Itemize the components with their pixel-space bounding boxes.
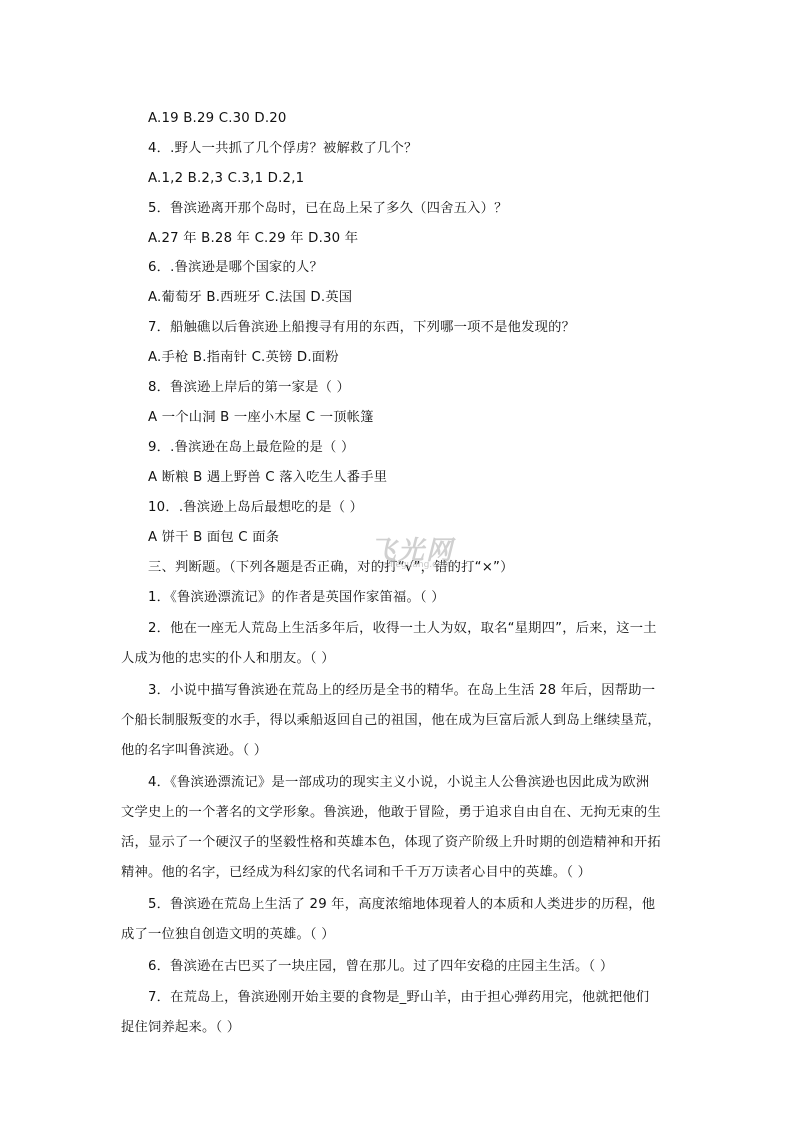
tf-item-4-cont-2: 活，显示了一个硬汉子的坚毅性格和英雄本色，体现了资产阶级上升时期的创造精神和开拓 (121, 835, 661, 851)
tf-item-4: 4．《鲁滨逊漂流记》是一部成功的现实主义小说，小说主人公鲁滨逊也因此成为欧洲 (148, 775, 649, 791)
tf-item-4-cont-3: 精神。他的名字，已经成为科幻家的代名词和千千万万读者心目中的英雄。（ ） (121, 865, 591, 881)
question-7: 7．船触礁以后鲁滨逊上船搜寻有用的东西，下列哪一项不是他发现的？ (148, 320, 575, 336)
question-6: 6．.鲁滨逊是哪个国家的人？ (148, 260, 323, 276)
q4-options: A.1,2 B.2,3 C.3,1 D.2,1 (148, 171, 304, 187)
question-9: 9．.鲁滨逊在岛上最危险的是（ ） (148, 440, 354, 456)
question-10: 10．.鲁滨逊上岛后最想吃的是（ ） (148, 500, 363, 516)
q10-options: A 饼干 B 面包 C 面条 (148, 530, 279, 546)
tf-item-1: 1．《鲁滨逊漂流记》的作者是英国作家笛福。（ ） (148, 590, 445, 606)
question-8: 8．鲁滨逊上岸后的第一家是（ ） (148, 380, 350, 396)
document-page: A.19 B.29 C.30 D.20 4．.野人一共抓了几个俘虏？被解救了几个… (0, 0, 793, 1122)
tf-item-7-cont: 捉住饲养起来。（ ） (121, 1020, 240, 1036)
tf-item-2-cont: 人成为他的忠实的仆人和朋友。（ ） (121, 651, 335, 667)
q8-options: A 一个山洞 B 一座小木屋 C 一顶帐篷 (148, 410, 374, 426)
q5-options: A.27 年 B.28 年 C.29 年 D.30 年 (148, 231, 358, 247)
tf-item-3-cont-1: 个船长制服叛变的水手，得以乘船返回自己的祖国，他在成为巨富后派人到岛上继续垦荒， (121, 713, 661, 729)
tf-item-2: 2．他在一座无人荒岛上生活多年后，收得一土人为奴，取名“星期四”，后来，这一土 (148, 621, 657, 637)
tf-item-5-cont: 成了一位独自创造文明的英雄。（ ） (121, 927, 335, 943)
section-heading-true-false: 三、判断题。（下列各题是否正确，对的打“√”，错的打“×”） (148, 560, 514, 576)
tf-item-6: 6．鲁滨逊在古巴买了一块庄园，曾在那儿。过了四年安稳的庄园主生活。（ ） (148, 959, 613, 975)
q9-options: A 断粮 B 遇上野兽 C 落入吃生人番手里 (148, 470, 387, 486)
tf-item-3: 3．小说中描写鲁滨逊在荒岛上的经历是全书的精华。在岛上生活 28 年后，因帮助一 (148, 683, 655, 699)
tf-item-7: 7．在荒岛上，鲁滨逊刚开始主要的食物是_野山羊，由于担心弹药用完，他就把他们 (148, 990, 649, 1006)
question-5: 5．鲁滨逊离开那个岛时，已在岛上呆了多久（四舍五入）？ (148, 201, 508, 217)
q6-options: A.葡萄牙 B.西班牙 C.法国 D.英国 (148, 290, 352, 306)
tf-item-5: 5．鲁滨逊在荒岛上生活了 29 年，高度浓缩地体现着人的本质和人类进步的历程，他 (148, 897, 655, 913)
question-4: 4．.野人一共抓了几个俘虏？被解救了几个？ (148, 141, 418, 157)
tf-item-3-cont-2: 他的名字叫鲁滨逊。（ ） (121, 743, 267, 759)
tf-item-4-cont-1: 文学史上的一个著名的文学形象。鲁滨逊，他敢于冒险，勇于追求自由自在、无拘无束的生 (121, 805, 661, 821)
q7-options: A.手枪 B.指南针 C.英镑 D.面粉 (148, 350, 339, 366)
q3-options: A.19 B.29 C.30 D.20 (148, 111, 287, 127)
